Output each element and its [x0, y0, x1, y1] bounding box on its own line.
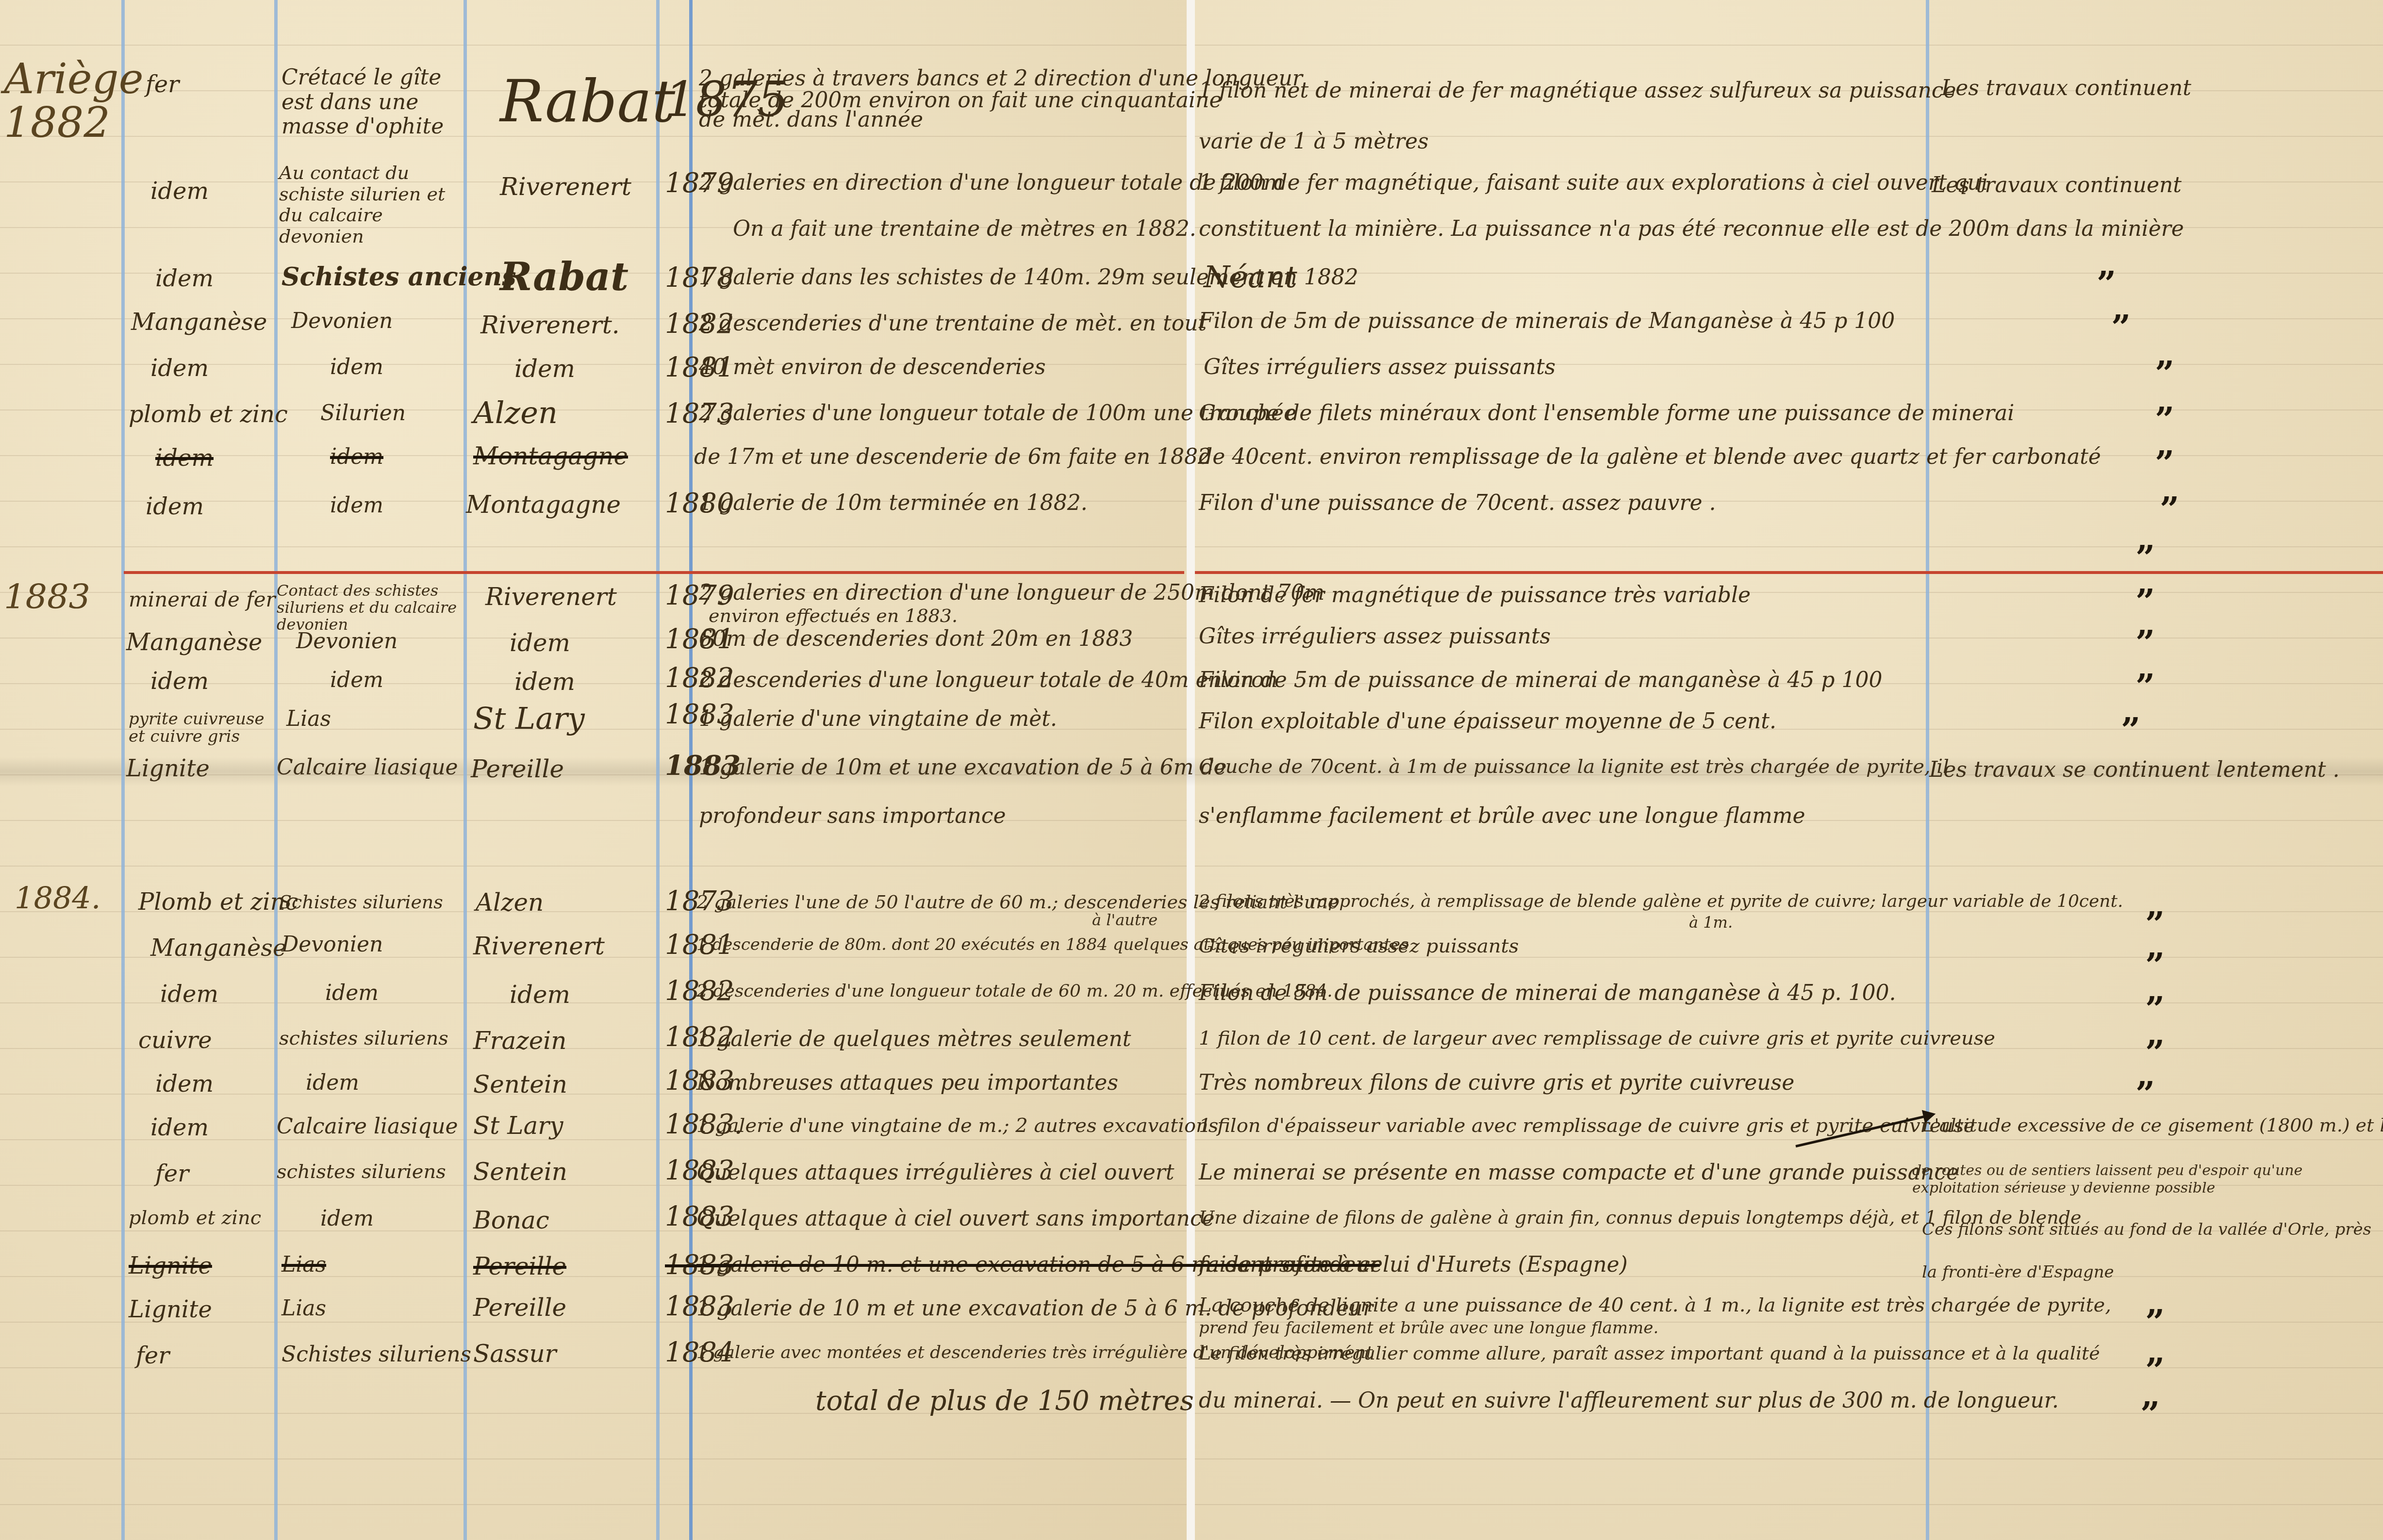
ditto-mark: ”	[2145, 1305, 2165, 1339]
terrain: idem	[325, 983, 379, 1004]
works-line: total de plus de 150 mètres	[815, 1388, 1194, 1415]
observation-line: s'enflamme facilement et brûle avec une …	[1199, 805, 1805, 827]
locality: idem	[510, 983, 570, 1007]
observation-line: 2 filons très rapprochés, à remplissage …	[1199, 893, 2123, 910]
substance: Plomb et zinc	[138, 890, 298, 914]
observation-line: du minerai. — On peut en suivre l'affleu…	[1199, 1390, 2059, 1411]
terrain: Au contact du schiste silurien et du cal…	[279, 163, 454, 247]
substance: idem	[150, 1116, 209, 1139]
ditto-mark: ”	[2145, 907, 2165, 941]
works-line: profondeur sans importance	[699, 805, 1006, 827]
works-line: 1 galerie d'une vingtaine de mèt.	[699, 708, 1057, 730]
terrain: schistes siluriens	[279, 1029, 448, 1048]
observation-line: Filon de 5m de puissance de minerai de m…	[1199, 983, 1896, 1004]
terrain: Schistes siluriens	[281, 1344, 471, 1365]
works-line: 1 galerie de 10m terminée en 1882.	[699, 492, 1088, 514]
locality: St Lary	[473, 704, 585, 734]
substance: idem	[150, 670, 209, 693]
substance: idem	[146, 495, 204, 518]
observation-line: 1 filon de 10 cent. de largeur avec remp…	[1199, 1029, 1995, 1048]
works-line: Nombreuses attaques peu importantes	[696, 1072, 1118, 1094]
ditto-mark: ”	[2097, 267, 2116, 301]
substance: fer	[146, 73, 179, 96]
remark: Les travaux continuent	[1932, 175, 2182, 196]
locality: Sentein	[473, 1072, 567, 1097]
substance: Manganèse	[131, 311, 267, 334]
column-rule	[121, 0, 125, 1540]
observation-line: Très nombreux filons de cuivre gris et p…	[1199, 1072, 1794, 1094]
works-line: de 17m et une descenderie de 6m faite en…	[694, 446, 1211, 468]
section-divider-red	[1195, 571, 2383, 574]
locality: idem	[514, 670, 575, 694]
works-line: Quelques attaques irrégulières à ciel ou…	[696, 1162, 1175, 1183]
ditto-mark: ”	[2155, 403, 2174, 437]
region-label: Ariège	[4, 58, 144, 100]
struck-substance: Lignite	[129, 1254, 212, 1278]
works-line: 2 galeries en direction d'une longueur t…	[699, 172, 1284, 194]
locality: Riverenert	[500, 175, 631, 199]
ditto-mark: ”	[2145, 1036, 2165, 1070]
substance: plomb et zinc	[129, 403, 288, 426]
remark: Les travaux se continuent lentement .	[1929, 759, 2339, 781]
ditto-mark: ”	[2145, 1354, 2165, 1388]
locality: Sentein	[473, 1160, 567, 1184]
locality: Alzen	[473, 398, 558, 428]
locality: Rabat	[500, 257, 629, 296]
remark: Ces filons sont situés au fond de la val…	[1922, 1208, 2378, 1294]
terrain: Crétacé le gîte est dans une masse d'oph…	[281, 66, 456, 139]
locality: Frazein	[473, 1029, 567, 1053]
substance: Lignite	[126, 757, 210, 780]
section-divider-red	[124, 571, 1184, 574]
observation-line: La couche de lignite a une puissance de …	[1199, 1295, 2111, 1315]
substance: idem	[150, 357, 209, 380]
locality: St Lary	[473, 1114, 563, 1138]
column-rule	[463, 0, 467, 1540]
terrain: idem	[320, 1208, 374, 1229]
locality: Sassur	[473, 1342, 556, 1366]
observation-line: Gîtes irréguliers assez puissants	[1199, 936, 1519, 956]
works-line: 1 galerie de 10m et une excavation de 5 …	[699, 757, 1227, 778]
section-year: 1884.	[15, 883, 101, 913]
works-line: 60m de descenderies dont 20m en 1883	[699, 628, 1133, 650]
section-year: 1883	[4, 580, 90, 614]
terrain: Schistes siluriens	[279, 893, 443, 911]
ditto-mark: ”	[2135, 670, 2155, 704]
substance: idem	[155, 267, 214, 290]
section-year: 1882	[4, 102, 110, 144]
locality: Pereille	[471, 757, 564, 781]
substance: idem	[155, 1072, 214, 1096]
substance: idem	[150, 180, 209, 203]
ditto-mark: ”	[2140, 1397, 2160, 1431]
ditto-mark: ”	[2145, 949, 2165, 983]
works-line: On a fait une trentaine de mètres en 188…	[733, 218, 1196, 240]
observation-line: 1 filon net de minerai de fer magnétique…	[1199, 80, 1956, 101]
terrain: Devonien	[296, 631, 397, 652]
substance: fer	[155, 1162, 189, 1185]
observation-line: Néant	[1204, 262, 1297, 292]
observation-line: Filon de 5m de puissance de minerais de …	[1199, 311, 1895, 332]
observation-line: Le minerai se présente en masse compacte…	[1199, 1162, 1959, 1183]
observation-line: Gîtes irréguliers assez puissants	[1204, 357, 1556, 378]
terrain: Schistes anciens	[281, 264, 516, 290]
observation-line: varie de 1 à 5 mètres	[1199, 131, 1429, 152]
struck-terrain: idem	[330, 446, 383, 468]
ditto-mark: ”	[2135, 541, 2155, 575]
substance: minerai de fer	[129, 590, 276, 610]
observation-line: Filon de fer magnétique de puissance trè…	[1199, 585, 1751, 606]
ditto-mark: ”	[2145, 992, 2165, 1026]
locality: idem	[514, 357, 575, 381]
column-rule	[656, 0, 660, 1540]
remark: Les travaux continuent	[1941, 78, 2191, 99]
substance: Manganèse	[150, 936, 286, 960]
terrain: Contact des schistes siluriens et du cal…	[277, 582, 461, 634]
locality: Riverenert	[485, 585, 617, 609]
struck-works-line: 1 galerie de 10 m. et une excavation de …	[696, 1254, 1380, 1276]
ditto-mark: ”	[2155, 446, 2174, 480]
observation-line: Filon de 5m de puissance de minerai de m…	[1199, 670, 1882, 691]
observation-line: Filon exploitable d'une épaisseur moyenn…	[1199, 711, 1776, 732]
substance: cuivre	[138, 1029, 212, 1052]
substance: Lignite	[129, 1298, 212, 1321]
observation-line: Couche de 70cent. à 1m de puissance la l…	[1199, 757, 1949, 776]
terrain: Devonien	[291, 311, 393, 332]
locality: Bonac	[473, 1208, 549, 1232]
locality: idem	[510, 631, 570, 655]
works-line: à l'autre	[1092, 912, 1158, 928]
terrain: schistes siluriens	[277, 1162, 446, 1181]
observation-line: prend feu facilement et brûle avec une l…	[1199, 1320, 1658, 1336]
ditto-mark: ”	[2160, 492, 2179, 526]
terrain: idem	[330, 357, 383, 378]
struck-substance: idem	[155, 446, 214, 470]
observation-line: Gîtes irréguliers assez puissants	[1199, 626, 1551, 647]
observation-line: 1 filon de fer magnétique, faisant suite…	[1199, 172, 1988, 194]
terrain: Devonien	[281, 934, 383, 955]
struck-terrain: Lias	[281, 1254, 326, 1276]
observation-line: à 1m.	[1689, 915, 1733, 930]
ditto-mark: ”	[2121, 713, 2140, 747]
observation-line: Groupe de filets minéraux dont l'ensembl…	[1199, 403, 2014, 424]
terrain: Calcaire liasique	[277, 757, 458, 778]
remark: L'altitude excessive de ce gisement (180…	[1922, 1116, 2383, 1134]
substance: plomb et zinc	[129, 1208, 261, 1228]
ditto-mark: ”	[2155, 357, 2174, 391]
ditto-mark: ”	[2135, 585, 2155, 619]
terrain: Silurien	[320, 403, 406, 424]
struck-locality: Montagagne	[473, 444, 628, 468]
terrain: Lias	[286, 708, 331, 730]
remark: de routes ou de sentiers laissent peu d'…	[1912, 1162, 2378, 1197]
terrain: Lias	[281, 1298, 326, 1319]
locality: Riverenert.	[480, 313, 620, 337]
works-line: 40 mèt environ de descenderies	[699, 357, 1045, 378]
works-line: 1 galerie d'une vingtaine de m.; 2 autre…	[696, 1116, 1218, 1135]
substance: Manganèse	[126, 631, 262, 654]
observation-line: Le filon très irrégulier comme allure, p…	[1199, 1344, 2100, 1362]
locality: Rabat	[500, 73, 675, 131]
works-line: 1 galerie de quelques mètres seulement	[696, 1029, 1131, 1050]
terrain: idem	[330, 670, 383, 691]
locality: Montagagne	[466, 492, 621, 517]
terrain: Calcaire liasique	[277, 1116, 458, 1137]
substance: fer	[136, 1344, 169, 1367]
ditto-mark: ”	[2135, 626, 2155, 660]
terrain: idem	[306, 1072, 359, 1094]
observation-line: de 40cent. environ remplissage de la gal…	[1199, 446, 2101, 468]
works-line: 2 descenderies d'une longueur totale de …	[699, 670, 1278, 691]
struck-locality: Pereille	[473, 1254, 566, 1278]
ditto-mark: ”	[2111, 311, 2131, 344]
observation-line: Filon d'une puissance de 70cent. assez p…	[1199, 492, 1716, 514]
substance: pyrite cuivreuse et cuivre gris	[129, 711, 269, 745]
works-line: de mèt. dans l'année	[699, 109, 923, 131]
terrain: idem	[330, 495, 383, 516]
ditto-mark: ”	[2135, 1077, 2155, 1111]
locality: Pereille	[473, 1295, 566, 1320]
locality: Alzen	[476, 890, 544, 915]
works-line: Quelques attaque à ciel ouvert sans impo…	[696, 1208, 1215, 1229]
substance: idem	[160, 983, 218, 1006]
works-line: environ effectués en 1883.	[709, 606, 958, 625]
works-line: 2 descenderies d'une trentaine de mèt. e…	[699, 313, 1207, 334]
locality: Riverenert	[473, 934, 605, 958]
observation-line: constituent la minière. La puissance n'a…	[1199, 218, 2184, 240]
